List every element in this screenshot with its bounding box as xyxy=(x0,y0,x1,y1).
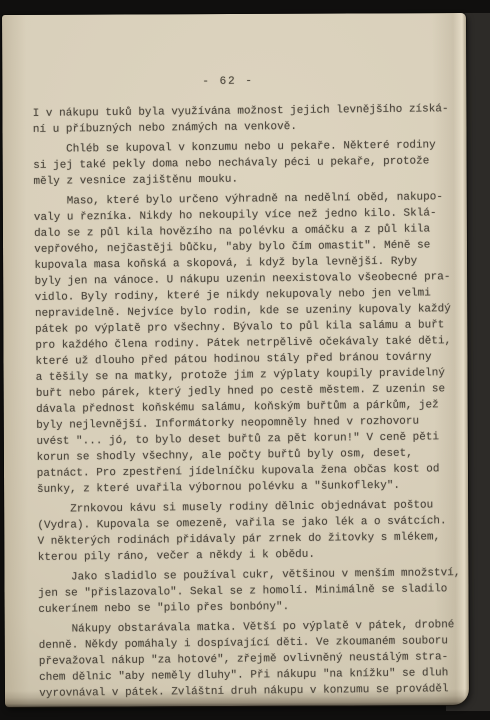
paragraph: Jako sladidlo se používal cukr, většinou… xyxy=(38,565,477,618)
paragraph: Nákupy obstarávala matka. Větší po výpla… xyxy=(38,617,477,702)
paragraph: I v nákupu tuků byla využívána možnost j… xyxy=(33,101,471,138)
paragraph: Maso, které bylo určeno výhradně na nedě… xyxy=(34,189,475,498)
paragraphs: I v nákupu tuků byla využívána možnost j… xyxy=(33,101,478,702)
page-number: - 62 - xyxy=(32,71,470,92)
scanner-background: - 62 - I v nákupu tuků byla využívána mo… xyxy=(0,0,490,720)
paragraph: Chléb se kupoval v konzumu nebo u pekaře… xyxy=(33,137,472,190)
scanned-page: - 62 - I v nákupu tuků byla využívána mo… xyxy=(2,13,469,707)
paragraph: Zrnkovou kávu si musely rodiny dělnic ob… xyxy=(37,497,476,566)
page-text: - 62 - I v nákupu tuků byla využívána mo… xyxy=(32,71,477,706)
